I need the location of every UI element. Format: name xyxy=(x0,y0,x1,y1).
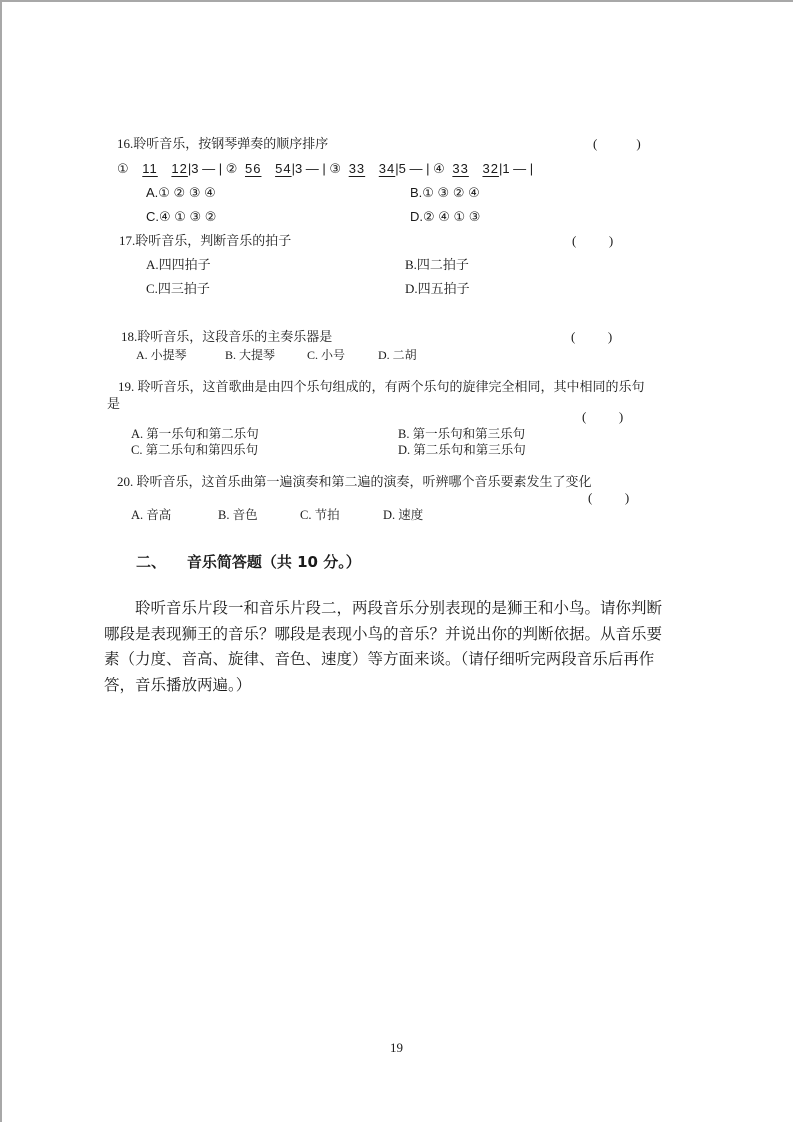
q17-option-a[interactable]: A.四四拍子 xyxy=(146,256,211,274)
seg3-notes-a: 33 xyxy=(349,160,365,178)
q18-answer-blank[interactable]: ( ) xyxy=(571,328,612,346)
q16-option-d[interactable]: D.② ④ ① ③ xyxy=(410,208,480,226)
seg3-notes-b: 34 xyxy=(379,160,395,178)
seg4-rest: |1 — | xyxy=(499,160,533,178)
q16-stem: 16.聆听音乐，按钢琴弹奏的顺序排序 xyxy=(117,135,328,153)
section2-paragraph: 聆听音乐片段一和音乐片段二，两段音乐分别表现的是狮王和小鸟。请你判断哪段是表现狮… xyxy=(104,596,664,698)
seg1-label: ① xyxy=(117,160,129,178)
seg4-notes-b: 32 xyxy=(482,160,498,178)
section2-title: 二、 音乐简答题（共 10 分。） xyxy=(136,552,361,572)
q16-option-b[interactable]: B.① ③ ② ④ xyxy=(410,184,480,202)
q19-stem-line2: 是 xyxy=(107,395,120,413)
q19-option-d[interactable]: D. 第二乐句和第三乐句 xyxy=(398,441,526,459)
seg2-label: ② xyxy=(226,160,238,178)
section2-paragraph-text: 聆听音乐片段一和音乐片段二，两段音乐分别表现的是狮王和小鸟。请你判断哪段是表现狮… xyxy=(104,596,664,698)
q16-answer-blank[interactable]: ( ) xyxy=(593,135,641,153)
seg2-notes-a: 56 xyxy=(245,160,261,178)
page-number: 19 xyxy=(0,1040,793,1056)
page-border-top xyxy=(0,0,793,2)
seg4-label: ④ xyxy=(433,160,445,178)
q20-answer-blank[interactable]: ( ) xyxy=(588,489,629,507)
q20-stem: 20. 聆听音乐，这首乐曲第一遍演奏和第二遍的演奏，听辨哪个音乐要素发生了变化 xyxy=(117,473,592,491)
q20-option-d[interactable]: D. 速度 xyxy=(383,506,423,524)
q18-option-c[interactable]: C. 小号 xyxy=(307,346,345,364)
q19-stem-line1: 19. 聆听音乐，这首歌曲是由四个乐句组成的，有两个乐句的旋律完全相同，其中相同… xyxy=(118,378,645,396)
seg3-rest: |5 — | xyxy=(395,160,429,178)
q17-option-c[interactable]: C.四三拍子 xyxy=(146,280,210,298)
seg4-notes-a: 33 xyxy=(452,160,468,178)
seg1-notes-a: 11 xyxy=(142,160,158,178)
q17-option-b[interactable]: B.四二拍子 xyxy=(405,256,469,274)
seg1-notes-b: 12 xyxy=(171,160,187,178)
q18-option-a[interactable]: A. 小提琴 xyxy=(136,346,187,364)
q19-option-c[interactable]: C. 第二乐句和第四乐句 xyxy=(131,441,258,459)
seg2-rest: |3 — | xyxy=(292,160,326,178)
q18-option-b[interactable]: B. 大提琴 xyxy=(225,346,275,364)
q17-option-d[interactable]: D.四五拍子 xyxy=(405,280,470,298)
q16-option-a[interactable]: A.① ② ③ ④ xyxy=(146,184,216,202)
q16-option-c[interactable]: C.④ ① ③ ② xyxy=(146,208,216,226)
q17-stem: 17.聆听音乐，判断音乐的拍子 xyxy=(119,232,291,250)
q18-option-d[interactable]: D. 二胡 xyxy=(378,346,417,364)
q20-option-a[interactable]: A. 音高 xyxy=(131,506,171,524)
page-border-left xyxy=(0,0,2,1122)
q16-notation: ① 11 12|3 — | ② 56 54|3 — | ③ 33 34|5 — … xyxy=(117,160,533,178)
seg2-notes-b: 54 xyxy=(275,160,291,178)
q20-option-c[interactable]: C. 节拍 xyxy=(300,506,340,524)
seg3-label: ③ xyxy=(329,160,341,178)
q20-option-b[interactable]: B. 音色 xyxy=(218,506,258,524)
q18-stem: 18.聆听音乐，这段音乐的主奏乐器是 xyxy=(121,328,332,346)
q17-answer-blank[interactable]: ( ) xyxy=(572,232,613,250)
seg1-rest: |3 — | xyxy=(188,160,222,178)
q19-answer-blank[interactable]: ( ) xyxy=(582,408,623,426)
